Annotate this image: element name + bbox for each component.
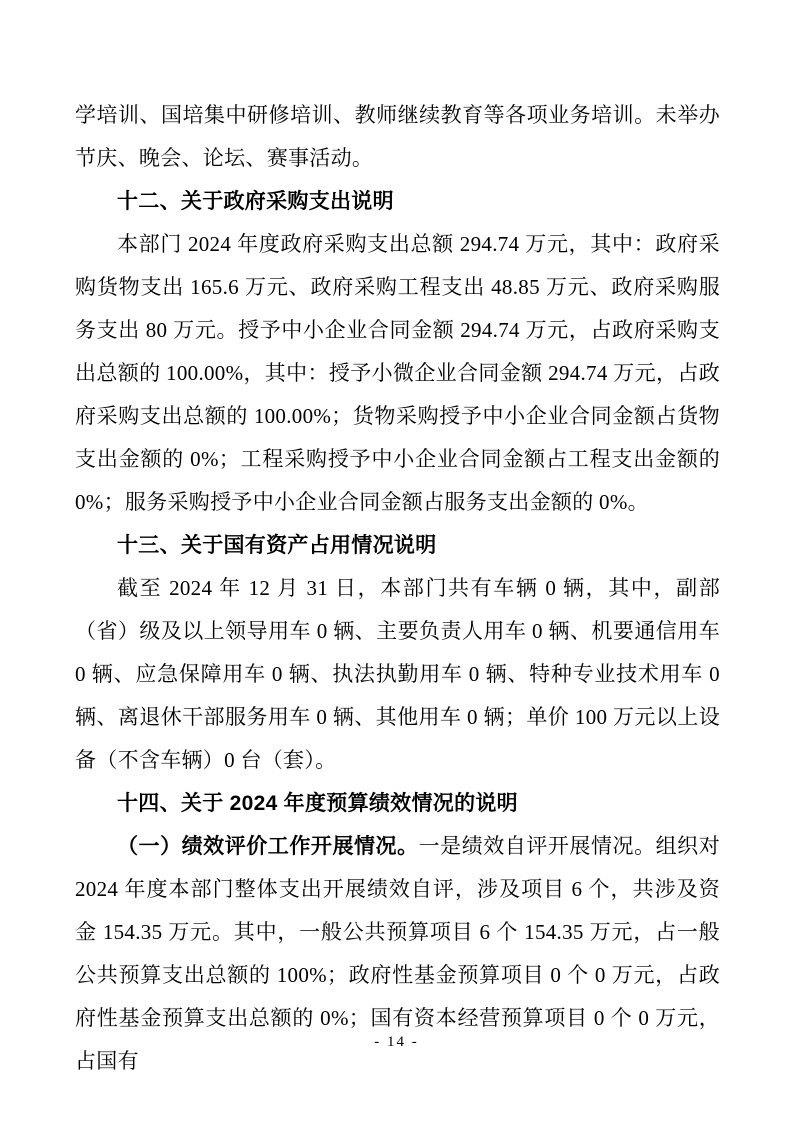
text-run: 十三、关于国有资产占用情况说明: [117, 534, 437, 557]
text-run: 截至 2024 年 12 月 31 日，本部门共有车辆 0 辆，其中，副部（省）…: [75, 576, 720, 772]
paragraph: 截至 2024 年 12 月 31 日，本部门共有车辆 0 辆，其中，副部（省）…: [75, 567, 720, 782]
document-body: 学培训、国培集中研修培训、教师继续教育等各项业务培训。未举办节庆、晚会、论坛、赛…: [75, 94, 720, 1083]
section-heading: 十二、关于政府采购支出说明: [75, 180, 720, 223]
section-heading: 十三、关于国有资产占用情况说明: [75, 524, 720, 567]
text-run: （一）绩效评价工作开展情况。: [117, 835, 419, 858]
text-run: 学培训、国培集中研修培训、教师继续教育等各项业务培训。未举办节庆、晚会、论坛、赛…: [75, 103, 720, 170]
page-number-footer: - 14 -: [0, 1034, 793, 1051]
text-run: 十四、关于 2024 年度预算绩效情况的说明: [117, 792, 518, 815]
section-heading: 十四、关于 2024 年度预算绩效情况的说明: [75, 782, 720, 825]
document-page: 学培训、国培集中研修培训、教师继续教育等各项业务培训。未举办节庆、晚会、论坛、赛…: [0, 0, 793, 1122]
paragraph: 本部门 2024 年度政府采购支出总额 294.74 万元，其中：政府采购货物支…: [75, 223, 720, 524]
paragraph: 学培训、国培集中研修培训、教师继续教育等各项业务培训。未举办节庆、晚会、论坛、赛…: [75, 94, 720, 180]
text-run: 本部门 2024 年度政府采购支出总额 294.74 万元，其中：政府采购货物支…: [75, 232, 720, 514]
text-run: 十二、关于政府采购支出说明: [117, 190, 394, 213]
